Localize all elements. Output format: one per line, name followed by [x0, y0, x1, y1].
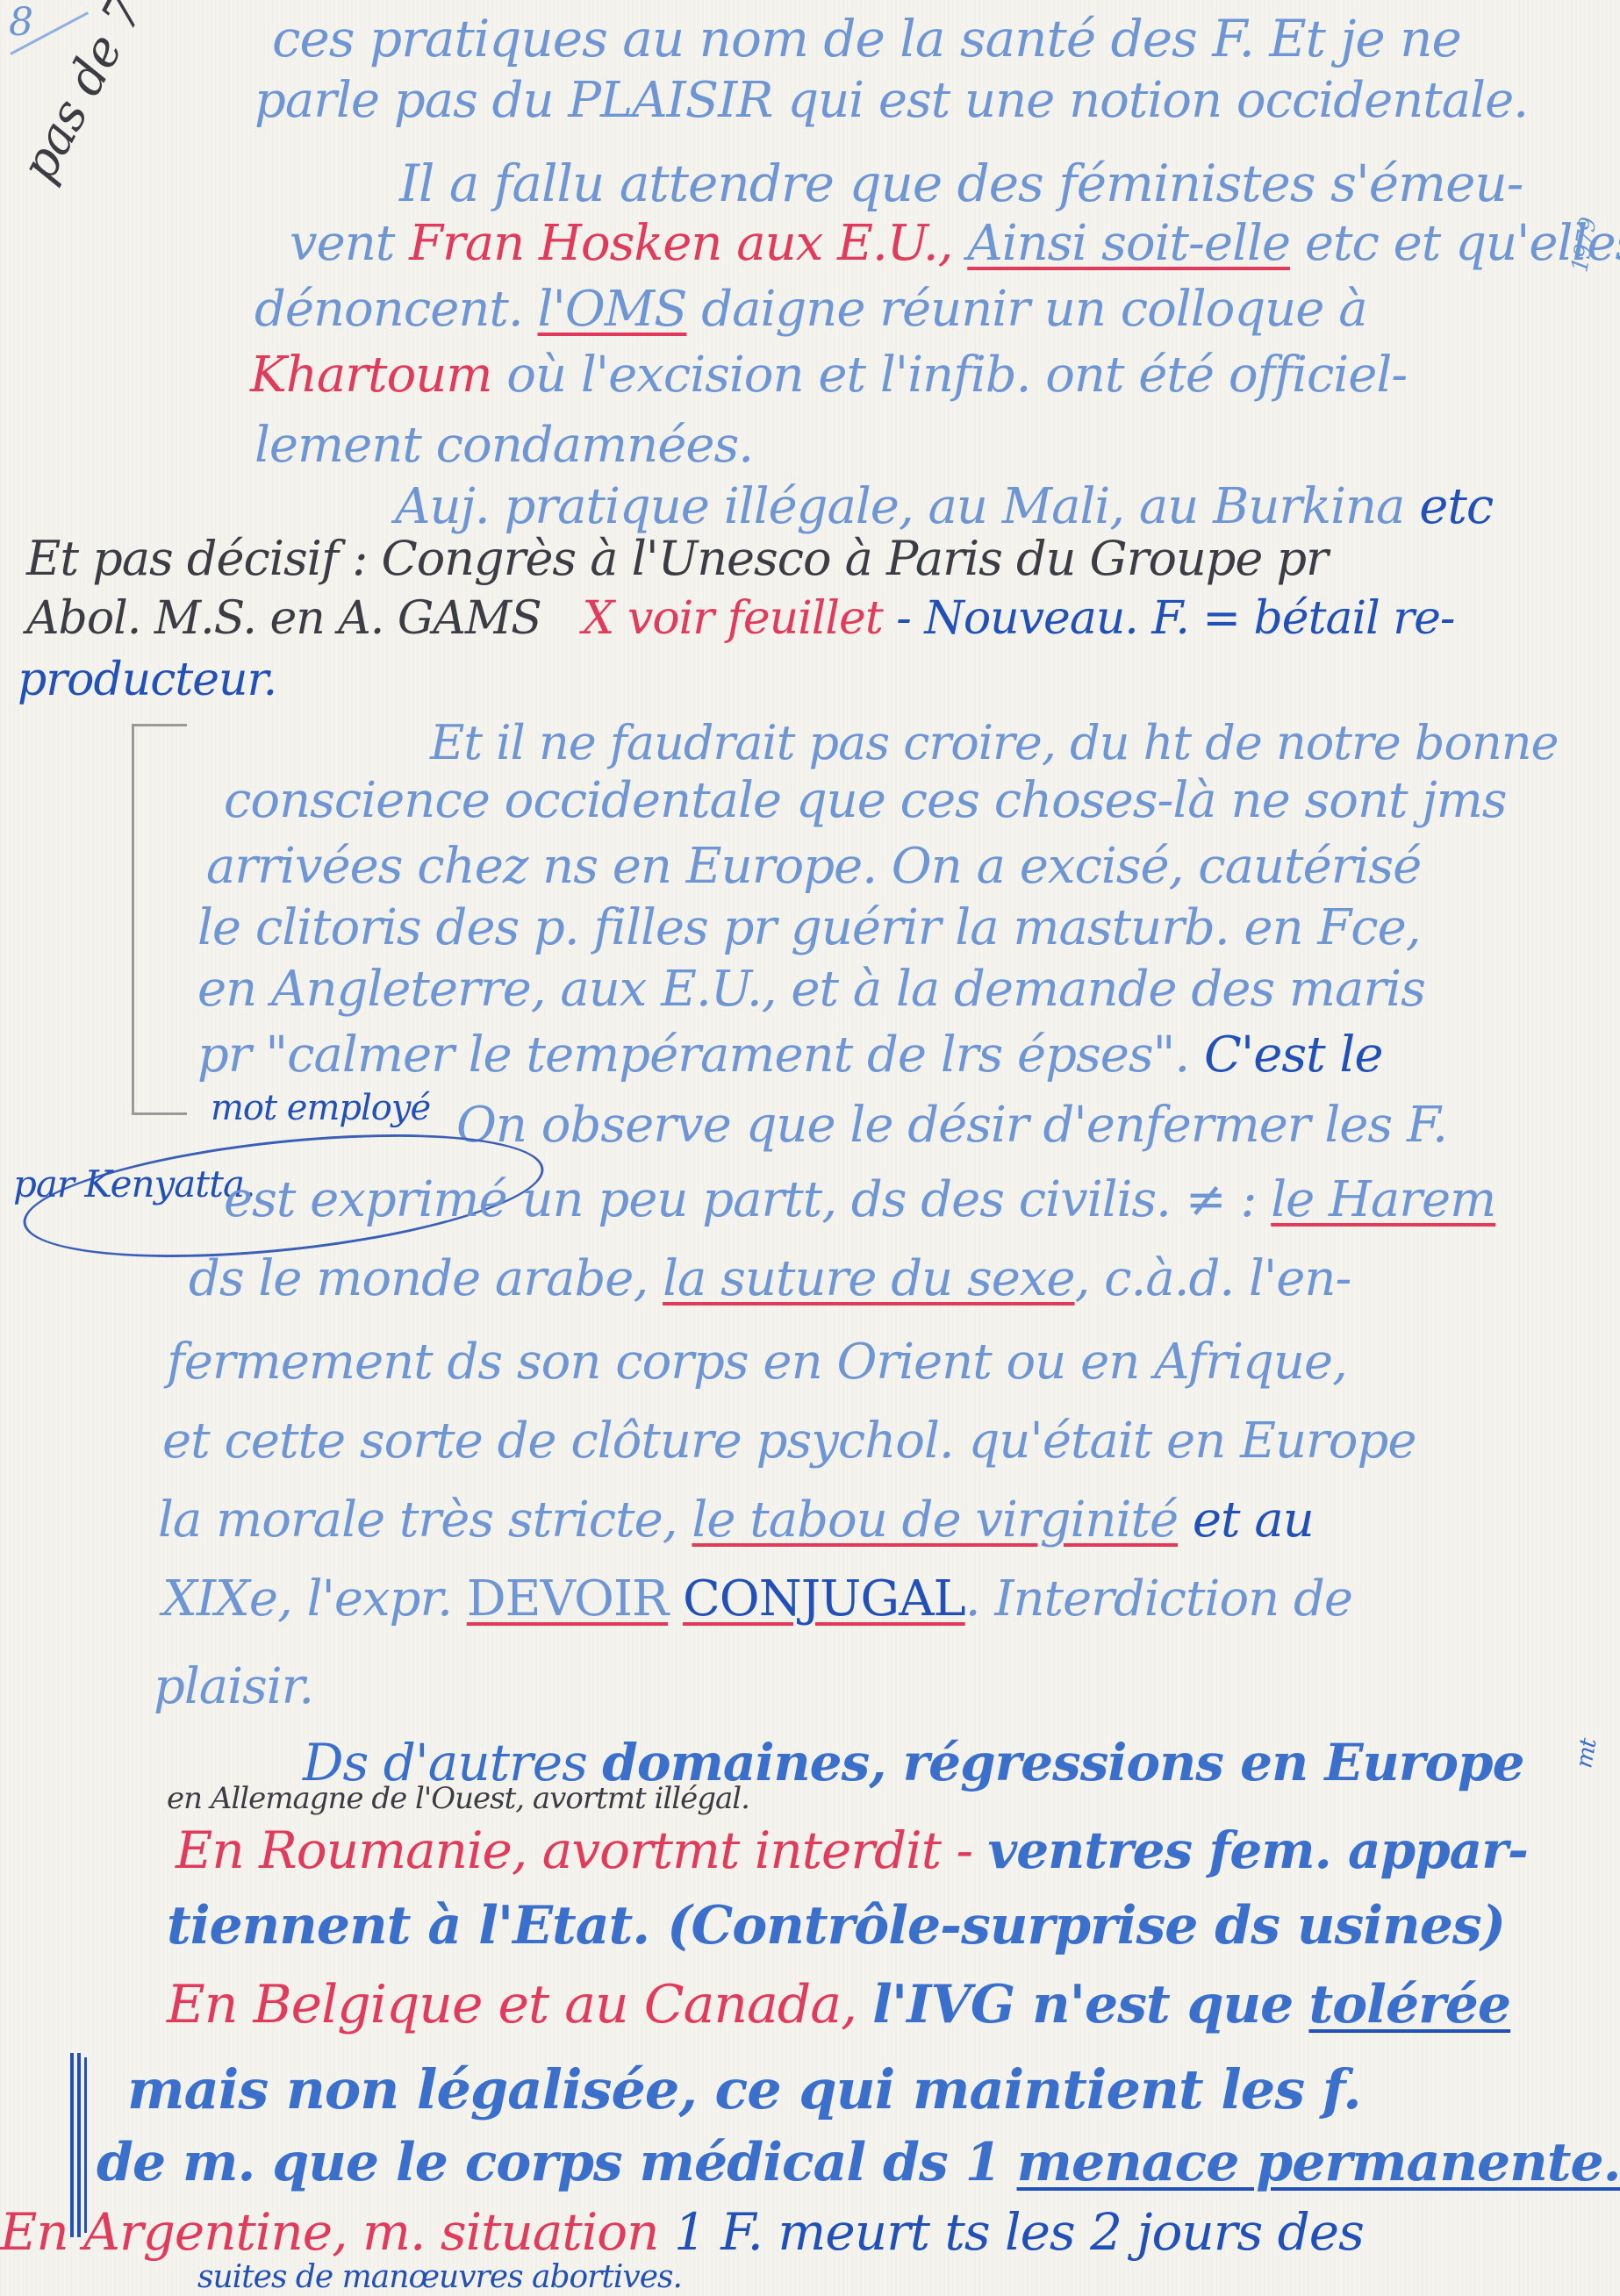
text-line: Khartoum où l'excision et l'infib. ont é…	[250, 347, 1407, 404]
text-line: XIXe, l'expr. DEVOIR CONJUGAL. Interdict…	[162, 1570, 1352, 1627]
text-line: mais non légalisée, ce qui maintient les…	[127, 2057, 1361, 2121]
text-fragment-red: En Belgique et au Canada,	[167, 1974, 857, 2035]
text-fragment-dark: - Nouveau. F. = bétail re-	[896, 592, 1454, 645]
page-number: 8	[9, 0, 32, 45]
text-line: et cette sorte de clôture psychol. qu'ét…	[162, 1413, 1416, 1470]
text-fragment-underlined: le Harem	[1271, 1171, 1495, 1228]
superscript-note: mt	[1571, 1737, 1602, 1770]
text-fragment-red: Khartoum	[250, 347, 491, 404]
text-fragment-dark: 1 F. meurt ts les 2 jours des	[674, 2202, 1364, 2262]
text-line: lement condamnées.	[254, 417, 753, 474]
text-fragment-underlined: menace permanente.	[1017, 2132, 1620, 2193]
margin-note-mot-employe: mot employé	[211, 1088, 430, 1128]
text-line: Auj. pratique illégale, au Mali, au Burk…	[395, 478, 1493, 535]
text-line: Abol. M.S. en A. GAMS X voir feuillet - …	[26, 592, 1454, 645]
text-fragment: vent	[290, 215, 394, 272]
text-fragment: dénoncent.	[254, 281, 523, 338]
text-fragment: la morale très stricte,	[158, 1491, 677, 1549]
text-line: de m. que le corps médical ds 1 menace p…	[97, 2132, 1620, 2193]
text-line: plaisir.	[154, 1658, 313, 1715]
text-line: arrivées chez ns en Europe. On a excisé,…	[206, 838, 1421, 895]
text-line: En Roumanie, avortmt interdit - ventres …	[176, 1820, 1528, 1880]
text-line: ds le monde arabe, la suture du sexe, c.…	[189, 1250, 1351, 1307]
text-line: conscience occidentale que ces choses-là…	[224, 772, 1507, 829]
margin-note-par-kenyatta: par Kenyatta.	[13, 1162, 254, 1205]
text-line: la morale très stricte, le tabou de virg…	[158, 1491, 1314, 1549]
text-fragment-dark: etc	[1419, 478, 1493, 535]
text-fragment-underlined: l'OMS	[538, 281, 687, 338]
text-line: Il a fallu attendre que des féministes s…	[399, 154, 1523, 213]
text-fragment-red: En Roumanie, avortmt interdit -	[176, 1820, 972, 1880]
text-fragment-dark: C'est le	[1204, 1026, 1382, 1084]
text-fragment: . Interdiction de	[965, 1570, 1352, 1627]
text-fragment-grey: Abol. M.S. en A. GAMS	[26, 592, 541, 645]
handwritten-page: 8 pas de 7 ces pratiques au nom de la sa…	[0, 0, 1620, 2296]
text-fragment: daigne réunir un colloque à	[701, 281, 1366, 338]
text-line: En Belgique et au Canada, l'IVG n'est qu…	[167, 1974, 1510, 2035]
text-fragment: XIXe, l'expr.	[162, 1570, 452, 1627]
text-fragment-bold: l'IVG n'est que	[872, 1974, 1293, 2035]
text-fragment-bold: de m. que le corps médical ds 1	[97, 2132, 1000, 2193]
text-fragment: pr "calmer le tempérament de lrs épses".	[197, 1026, 1189, 1084]
text-line-grey: Et pas décisif : Congrès à l'Unesco à Pa…	[26, 531, 1328, 586]
text-line: fermement ds son corps en Orient ou en A…	[167, 1334, 1347, 1391]
text-fragment: , c.à.d. l'en-	[1075, 1250, 1351, 1307]
text-fragment-conjugal: CONJUGAL	[683, 1570, 965, 1627]
text-line: en Angleterre, aux E.U., et à la demande…	[197, 961, 1425, 1018]
text-fragment-red: En Argentine,	[0, 2202, 348, 2262]
text-fragment-devoir: DEVOIR	[467, 1570, 668, 1627]
text-line: pr "calmer le tempérament de lrs épses".…	[197, 1026, 1382, 1084]
text-line: suites de manœuvres abortives.	[197, 2259, 682, 2295]
text-fragment: est exprimé un peu partt, ds des civilis…	[224, 1171, 1256, 1228]
text-line: le clitoris des p. filles pr guérir la m…	[197, 899, 1421, 956]
text-fragment: Auj. pratique illégale, au Mali, au Burk…	[395, 478, 1404, 535]
text-fragment-bold: ventres fem. appar-	[988, 1820, 1528, 1880]
text-line: dénoncent. l'OMS daigne réunir un colloq…	[254, 281, 1367, 338]
text-line: parle pas du PLAISIR qui est une notion …	[254, 72, 1528, 129]
text-fragment-underlined: Ainsi soit-elle	[967, 215, 1290, 272]
text-line: On observe que le désir d'enfermer les F…	[456, 1097, 1447, 1154]
text-line: vent Fran Hosken aux E.U., Ainsi soit-el…	[290, 215, 1620, 272]
text-line: Et il ne faudrait pas croire, du ht de n…	[430, 715, 1559, 770]
text-fragment-red: Fran Hosken aux E.U.,	[409, 215, 952, 272]
text-line: est exprimé un peu partt, ds des civilis…	[224, 1171, 1495, 1228]
text-line: ces pratiques au nom de la santé des F. …	[272, 9, 1461, 68]
text-fragment-red: m. situation	[362, 2202, 659, 2262]
text-fragment-underlined: tolérée	[1308, 1974, 1510, 2035]
text-line: producteur.	[18, 654, 276, 706]
text-fragment: où l'excision et l'infib. ont été offici…	[506, 347, 1407, 404]
see-sheet-note: X voir feuillet	[582, 592, 882, 645]
text-fragment-underlined: la suture du sexe	[663, 1250, 1075, 1307]
text-fragment-dark: et au	[1193, 1491, 1314, 1549]
text-fragment: ds le monde arabe,	[189, 1250, 648, 1307]
interlinear-note: en Allemagne de l'Ouest, avortmt illégal…	[167, 1781, 749, 1816]
pencil-bracket	[132, 724, 187, 1115]
text-fragment-underlined: le tabou de virginité	[692, 1491, 1178, 1549]
text-line: tiennent à l'Etat. (Contrôle-surprise ds…	[167, 1895, 1505, 1956]
text-line: En Argentine, m. situation 1 F. meurt ts…	[0, 2202, 1364, 2262]
